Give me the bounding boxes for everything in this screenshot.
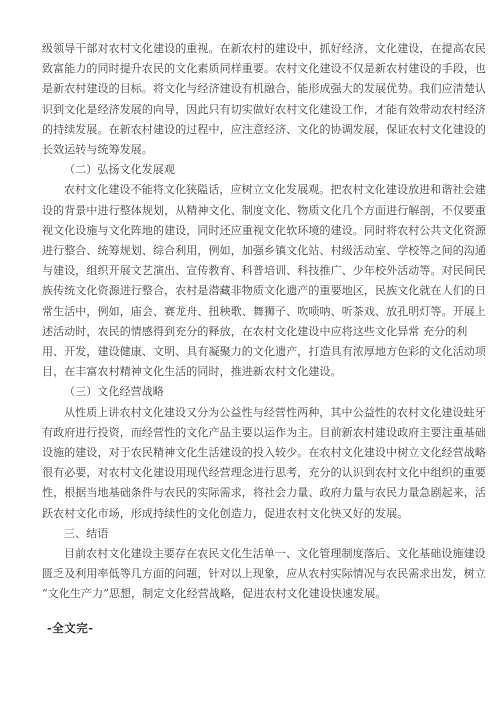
text-line: 视文化设施与文化阵地的建设，同时还应重视文化软环境的建设。同时将农村公共文化资源 bbox=[42, 221, 462, 241]
text-line: 常生活中，例如，庙会、赛龙舟、扭秧歌、舞狮子、吹唢呐、听茶戏、放孔明灯等。开展上 bbox=[42, 302, 462, 322]
text-line: 识到文化是经济发展的向导，因此只有切实做好农村文化建设工作，才能有效带动农村经济 bbox=[42, 100, 462, 120]
text-line: 农村文化建设不能将文化狭隘话，应树立文化发展观。把农村文化建设放进和谐社会建 bbox=[42, 180, 462, 200]
text-line: 从性质上讲农村文化建设又分为公益性与经营性两种，其中公益性的农村文化建设蛀牙 bbox=[42, 403, 462, 423]
text-line: 目前农村文化建设主要存在农民文化生活单一、文化管理制度落后、文化基础设施建设 bbox=[42, 544, 462, 564]
text-line: 有政府进行投资，而经营性的文化产品主要以运作为主。目前新农村建设政府主要注重基础 bbox=[42, 423, 462, 443]
text-line: （三）文化经营战略 bbox=[42, 382, 462, 402]
end-of-document-marker: -全文完- bbox=[47, 620, 94, 636]
text-line: 是新农村建设的目标。将文化与经济建设有机融合，能形成强大的发展优势。我们应清楚认 bbox=[42, 79, 462, 99]
article-body: 级领导干部对农村文化建设的重视。在新农村的建设中，抓好经济、文化建设，在提高农民… bbox=[42, 39, 462, 605]
text-line: 匮乏及利用率低等几方面的问题，针对以上现象，应从农村实际情况与农民需求出发，树立 bbox=[42, 564, 462, 584]
text-line: 很有必要，对农村文化建设用现代经营理念进行思考，充分的认识到农村文化中组织的重要 bbox=[42, 463, 462, 483]
text-line: 目，在丰富农村精神文化生活的同时，推进新农村文化建设。 bbox=[42, 362, 462, 382]
text-line: 述活动时，农民的情感得到充分的释放，在农村文化建设中应将这些文化异常 充分的利 bbox=[42, 322, 462, 342]
text-line: 与建设，组织开展文艺演出、宣传教育、科普培训、科技推广、少年校外活动等。对民间民 bbox=[42, 261, 462, 281]
text-line: 致富能力的同时提升农民的文化素质同样重要。农村文化建设不仅是新农村建设的手段，也 bbox=[42, 59, 462, 79]
text-line: 跃农村文化市场，形成持续性的文化创造力，促进农村文化快又好的发展。 bbox=[42, 504, 462, 524]
text-line: 用、开发，建设健康、文明、具有凝聚力的文化遗产，打造具有浓厚地方色彩的文化活动项 bbox=[42, 342, 462, 362]
text-line: 性，根据当地基础条件与农民的实际需求，将社会力量、政府力量与农民力量急剧起来，活 bbox=[42, 483, 462, 503]
text-line: “文化生产力”思想，制定文化经营战略，促进农村文化建设快速发展。 bbox=[42, 584, 462, 604]
text-line: 进行整合、统筹规划、综合利用，例如，加强乡镇文化站、村级活动室、学校等之间的沟通 bbox=[42, 241, 462, 261]
text-line: 设施的建设，对于农民精神文化生活建设的投入较少。在农村文化建设中树立文化经营战略 bbox=[42, 443, 462, 463]
text-line: 三、结语 bbox=[42, 524, 462, 544]
text-line: 级领导干部对农村文化建设的重视。在新农村的建设中，抓好经济、文化建设，在提高农民 bbox=[42, 39, 462, 59]
document-page: 级领导干部对农村文化建设的重视。在新农村的建设中，抓好经济、文化建设，在提高农民… bbox=[0, 0, 500, 707]
text-line: 的持续发展。在新农村建设的过程中，应注意经济、文化的协调发展，保证农村文化建设的 bbox=[42, 120, 462, 140]
text-line: 族传统文化资源进行整合，农村是潜藏非物质文化遗产的重要地区，民族文化就在人们的日 bbox=[42, 281, 462, 301]
text-line: 设的背景中进行整体规划，从精神文化、制度文化、物质文化几个方面进行解剖，不仅要重 bbox=[42, 201, 462, 221]
text-line: 长效运转与统筹发展。 bbox=[42, 140, 462, 160]
text-line: （二）弘扬文化发展观 bbox=[42, 160, 462, 180]
